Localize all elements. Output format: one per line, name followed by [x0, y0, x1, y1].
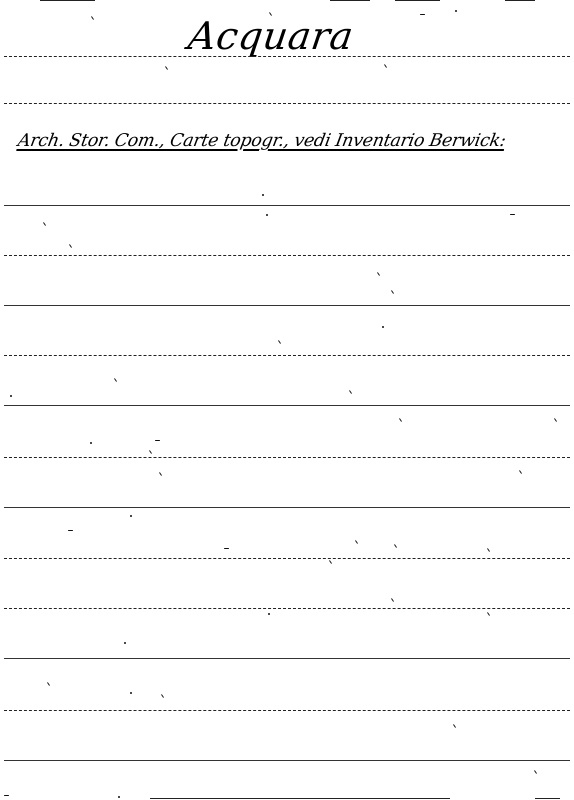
ruled-line	[4, 760, 570, 761]
scan-speck	[114, 378, 117, 382]
scan-speck	[554, 418, 557, 422]
ruled-line	[4, 255, 570, 256]
scan-speck	[224, 548, 229, 549]
scan-speck	[43, 222, 46, 226]
scan-speck	[394, 544, 397, 548]
index-card: Acquara Arch. Stor. Com., Carte topogr.,…	[0, 0, 574, 800]
edge-fragment-line	[505, 0, 535, 1]
scan-speck	[124, 642, 126, 644]
scan-speck	[149, 450, 152, 454]
scan-speck	[355, 540, 358, 544]
scan-speck	[510, 214, 515, 215]
scan-speck	[420, 14, 425, 15]
scan-speck	[377, 272, 380, 276]
scan-speck	[165, 66, 168, 70]
ruled-line	[4, 103, 570, 104]
scan-speck	[268, 613, 270, 615]
scan-speck	[534, 770, 537, 774]
edge-fragment-line	[150, 798, 450, 799]
ruled-line	[4, 608, 570, 609]
archive-reference: Arch. Stor. Com., Carte topogr., vedi In…	[16, 128, 566, 154]
scan-speck	[47, 682, 50, 686]
ruled-line	[4, 558, 570, 559]
scan-speck	[262, 194, 264, 196]
scan-speck	[278, 340, 281, 344]
scan-speck	[487, 612, 490, 616]
scan-speck	[384, 64, 387, 68]
scan-speck	[266, 214, 268, 216]
edge-fragment-line	[395, 0, 440, 1]
scan-speck	[155, 440, 160, 441]
scan-speck	[90, 442, 92, 444]
scan-speck	[349, 390, 352, 394]
edge-fragment-line	[40, 0, 95, 1]
edge-fragment-line	[330, 0, 370, 1]
scan-speck	[69, 244, 72, 248]
scan-speck	[130, 515, 132, 517]
edge-fragment-line	[535, 798, 560, 799]
scan-speck	[455, 10, 457, 12]
scan-speck	[391, 290, 394, 294]
scan-speck	[161, 694, 164, 698]
scan-speck	[382, 326, 384, 328]
ruled-line	[4, 205, 570, 206]
scan-speck	[329, 560, 332, 564]
card-title: Acquara	[0, 14, 561, 58]
scan-speck	[487, 548, 490, 552]
scan-speck	[10, 395, 12, 397]
ruled-line	[4, 355, 570, 356]
ruled-line	[4, 457, 570, 458]
scan-speck	[4, 795, 9, 796]
ruled-line	[4, 507, 570, 508]
scan-speck	[68, 530, 73, 531]
ruled-line	[4, 710, 570, 711]
scan-speck	[453, 724, 456, 728]
scan-speck	[391, 598, 394, 602]
scan-speck	[399, 418, 402, 422]
ruled-line	[4, 405, 570, 406]
ruled-line	[4, 305, 570, 306]
title-rule	[4, 56, 570, 57]
ruled-line	[4, 658, 570, 659]
scan-speck	[519, 470, 522, 474]
scan-speck	[159, 472, 162, 476]
scan-speck	[118, 796, 120, 798]
scan-speck	[130, 692, 132, 694]
